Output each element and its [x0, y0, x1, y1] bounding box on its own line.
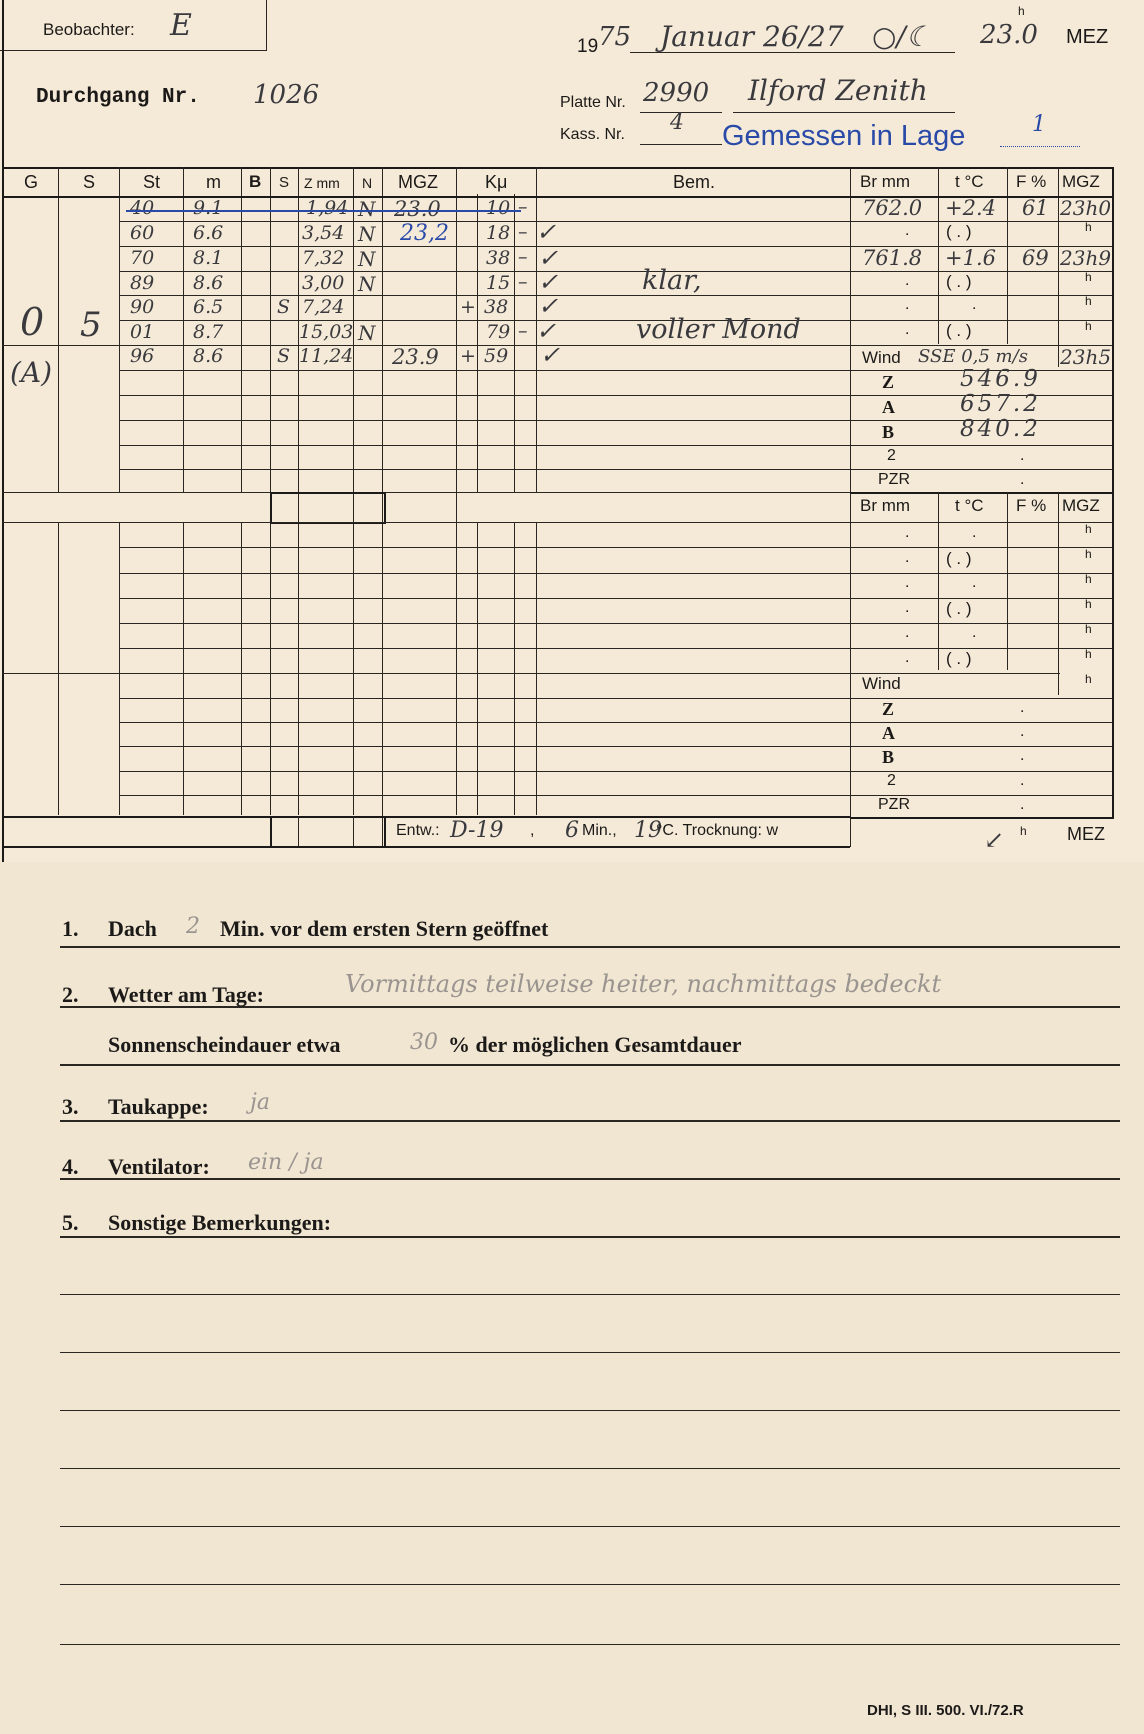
row-line	[119, 271, 850, 272]
table-bottom-rule	[2, 846, 850, 848]
wind-label: Wind	[862, 674, 901, 694]
weather-mgz[interactable]: 23h0	[1060, 196, 1111, 220]
question-1: 1. Dach 2 Min. vor dem ersten Stern geöf…	[60, 902, 1120, 948]
weather-br: .	[905, 222, 909, 240]
cell-dash: –	[518, 246, 528, 268]
weather-mgz: h	[1085, 647, 1092, 661]
roof-minutes-value[interactable]: 2	[186, 914, 200, 939]
cell-z: 3,00	[302, 272, 344, 294]
question-3: 3. Taukappe: ja	[60, 1076, 1120, 1122]
group-g-value[interactable]: 0	[20, 300, 44, 344]
humidity-header: F %	[1016, 172, 1046, 192]
cell-k: 15	[486, 272, 510, 294]
row-line	[119, 698, 850, 699]
weather-mgz: h	[1085, 572, 1092, 586]
weather-br[interactable]: 762.0	[862, 196, 922, 220]
weather-temp: ( . )	[946, 599, 972, 619]
row-line	[119, 648, 850, 649]
question-label-post: % der möglichen Gesamtdauer	[448, 1032, 742, 1058]
cell-st: 90	[130, 296, 154, 318]
cell-k: 59	[484, 345, 508, 367]
cell-k-sign: +	[460, 296, 476, 318]
cell-st: 96	[130, 345, 154, 367]
col-divider	[119, 167, 120, 492]
cassette-value[interactable]: 4	[670, 110, 684, 135]
year-prefix: 19	[577, 36, 598, 58]
check-icon: ✓	[540, 341, 560, 369]
cell-m: 6.6	[193, 222, 223, 244]
wind-mgz[interactable]: 23h5	[1060, 345, 1111, 369]
col-divider	[938, 492, 939, 670]
question-5: 5. Sonstige Bemerkungen:	[60, 1192, 1120, 1238]
col-divider	[241, 167, 242, 492]
weather-br: .	[905, 599, 909, 617]
remarks-line[interactable]	[60, 1352, 1120, 1353]
arrow-icon: ↙	[984, 826, 1004, 854]
col-header-b: B	[249, 172, 261, 192]
row-line	[119, 221, 850, 222]
reading-label-a: A	[882, 723, 895, 744]
reading-value-a[interactable]: 657.2	[960, 391, 1041, 417]
question-label: Wetter am Tage:	[108, 982, 264, 1008]
col-divider	[514, 194, 515, 492]
developer-value[interactable]: D-19	[450, 818, 503, 843]
cell-k: 10	[486, 197, 510, 219]
weather-mgz[interactable]: 23h9	[1060, 246, 1111, 270]
col-header-zmm: Z mm	[304, 175, 340, 191]
row-line	[119, 795, 850, 796]
row-line	[119, 573, 850, 574]
minutes-label: Min.,	[582, 822, 617, 840]
cell-k: 79	[486, 321, 510, 343]
question-number: 5.	[62, 1210, 79, 1236]
cell-k: 18	[486, 222, 510, 244]
col-divider	[353, 167, 354, 815]
end-timezone: MEZ	[1067, 824, 1105, 845]
cell-n: N	[358, 197, 376, 221]
cell-mgz: 23.9	[392, 345, 439, 369]
weather-br: .	[905, 524, 909, 542]
cell-n: N	[358, 321, 376, 345]
reading-value-2: .	[1020, 772, 1024, 790]
timezone-label: MEZ	[1066, 26, 1108, 49]
weather-humidity[interactable]: 61	[1022, 196, 1049, 220]
humidity-header: F %	[1016, 496, 1046, 516]
stamp-underline	[1000, 146, 1080, 147]
reading-label-2: 2	[887, 447, 896, 465]
observer-label: Beobachter:	[43, 20, 135, 40]
col-divider	[58, 522, 59, 815]
cell-mgz: 23,2	[400, 221, 449, 246]
weather-br: .	[905, 296, 909, 314]
cell-z: 15,03	[299, 321, 353, 343]
question-label-post: Min. vor dem ersten Stern geöffnet	[220, 916, 548, 942]
remarks-line[interactable]	[60, 1526, 1120, 1527]
col-divider	[58, 167, 59, 492]
reading-label-z: Z	[882, 372, 894, 393]
question-2: 2. Wetter am Tage: Vormittags teilweise …	[60, 962, 1120, 1008]
year-suffix[interactable]: 75	[598, 22, 631, 52]
observer-value[interactable]: E	[170, 8, 192, 43]
remark-line-2[interactable]: voller Mond	[636, 314, 801, 345]
weather-br: .	[905, 272, 909, 290]
remarks-line[interactable]	[60, 1468, 1120, 1469]
row-line	[119, 722, 850, 723]
question-number: 4.	[62, 1154, 79, 1180]
time-unit: h	[1018, 4, 1025, 18]
cell-m: 8.6	[193, 345, 223, 367]
cell-z: 7,24	[302, 296, 344, 318]
transit-value[interactable]: 1026	[253, 80, 319, 110]
col-divider	[353, 816, 354, 846]
cell-dash: –	[518, 221, 528, 243]
date-value[interactable]: Januar 26/27	[660, 20, 844, 53]
col-divider	[477, 194, 478, 492]
dew-cap-value[interactable]: ja	[250, 1090, 270, 1115]
cassette-underline	[640, 144, 722, 145]
weather-temp: ( . )	[946, 649, 972, 669]
remarks-line[interactable]	[60, 1584, 1120, 1585]
col-divider	[183, 167, 184, 492]
br-header: Br mm	[860, 496, 910, 516]
cell-s: S	[277, 296, 290, 318]
weather-temp: ( . )	[946, 272, 972, 292]
col-divider	[1007, 167, 1008, 344]
cell-k: 38	[484, 296, 508, 318]
cell-z: 3,54	[302, 222, 344, 244]
plate-value[interactable]: 2990	[643, 78, 709, 108]
col-divider	[456, 167, 457, 815]
development-minutes[interactable]: 6	[565, 818, 579, 843]
reading-value-z[interactable]: 546.9	[960, 366, 1041, 392]
remark-line-1[interactable]: klar,	[642, 265, 702, 296]
sunshine-percent-value[interactable]: 30	[410, 1030, 438, 1055]
mgz-header: MGZ	[1062, 496, 1100, 516]
temp-header: t °C	[955, 172, 984, 192]
br-header: Br mm	[860, 172, 910, 192]
cell-z: 1,94	[306, 197, 348, 219]
footer-box	[270, 816, 386, 846]
col-header-kmu: Kμ	[485, 172, 507, 193]
strikethrough-line	[126, 210, 521, 212]
weather-mgz: h	[1085, 270, 1092, 284]
cell-dash: –	[518, 320, 528, 342]
end-time-unit: h	[1020, 824, 1027, 838]
separator-box	[270, 492, 386, 524]
weekday-symbol[interactable]: ○/☾	[872, 20, 931, 53]
weather-br: .	[905, 549, 909, 567]
reading-value-b[interactable]: 840.2	[960, 416, 1041, 442]
reading-value-pzr: .	[1020, 796, 1024, 814]
time-value[interactable]: 23.0	[980, 20, 1038, 50]
row-line	[119, 246, 850, 247]
weather-mgz: h	[1085, 294, 1092, 308]
group-s-value[interactable]: 5	[80, 305, 102, 345]
row-line	[119, 469, 850, 470]
weather-temp: ( . )	[946, 549, 972, 569]
cell-st: 70	[130, 247, 154, 269]
row-line	[119, 547, 850, 548]
remarks-line[interactable]	[60, 1410, 1120, 1411]
weather-temp: .	[972, 624, 976, 642]
footer-rule	[2, 816, 850, 818]
cell-m: 8.1	[193, 247, 223, 269]
row-line	[119, 445, 850, 446]
weather-br: .	[905, 624, 909, 642]
cell-m: 8.6	[193, 272, 223, 294]
weather-br: .	[905, 321, 909, 339]
cell-k: 38	[486, 247, 510, 269]
transit-label: Durchgang Nr.	[36, 86, 200, 109]
cell-z: 11,24	[299, 345, 353, 367]
weather-mgz: h	[1085, 522, 1092, 536]
cell-n: N	[358, 222, 376, 246]
row-line	[119, 771, 850, 772]
reading-value-pzr: .	[1020, 471, 1024, 489]
cassette-label: Kass. Nr.	[560, 126, 625, 144]
question-label: Sonstige Bemerkungen:	[108, 1210, 331, 1236]
cell-m: 9.1	[193, 197, 223, 219]
plate-type[interactable]: Ilford Zenith	[748, 74, 928, 107]
cell-dash: –	[518, 196, 528, 218]
row-line	[119, 395, 850, 396]
question-number: 1.	[62, 916, 79, 942]
question-label: Taukappe:	[108, 1094, 209, 1120]
reading-label-b: B	[882, 747, 894, 768]
reading-value-a: .	[1020, 723, 1024, 741]
reading-value-2: .	[1020, 447, 1024, 465]
plate-type-underline	[733, 112, 955, 113]
form-code: DHI, S III. 500. VI./72.R	[867, 1702, 1024, 1719]
col-header-bem: Bem.	[673, 172, 715, 193]
group-separator	[2, 492, 850, 493]
stamp-value[interactable]: 1	[1032, 112, 1046, 137]
row-line	[119, 370, 850, 371]
weather-br: .	[905, 649, 909, 667]
col-divider	[298, 816, 299, 846]
col-divider	[1007, 492, 1008, 670]
row-line	[119, 420, 850, 421]
wind-value[interactable]: SSE 0,5 m/s	[918, 346, 1028, 367]
check-icon: ✓	[538, 292, 558, 320]
weather-mgz: h	[1085, 597, 1092, 611]
reading-label-pzr: PZR	[878, 796, 910, 814]
reading-value-z: .	[1020, 699, 1024, 717]
weather-mgz: h	[1085, 622, 1092, 636]
reading-label-2: 2	[887, 772, 896, 790]
ventilator-value[interactable]: ein / ja	[248, 1150, 324, 1175]
col-divider	[298, 167, 299, 815]
col-header-g: G	[24, 172, 38, 193]
group-g-note[interactable]: (A)	[10, 356, 52, 389]
row-line	[2, 673, 850, 674]
weather-mgz: h	[1085, 220, 1092, 234]
plate-label: Platte Nr.	[560, 94, 626, 112]
weather-temp[interactable]: +2.4	[945, 196, 996, 220]
weather-temp: ( . )	[946, 222, 972, 242]
cell-st: 01	[130, 321, 154, 343]
check-icon: ✓	[536, 218, 556, 246]
remarks-line[interactable]	[60, 1294, 1120, 1295]
reading-label-a: A	[882, 397, 895, 418]
row-line	[119, 598, 850, 599]
question-number: 3.	[62, 1094, 79, 1120]
row-line	[119, 623, 850, 624]
col-header-m: m	[206, 172, 221, 193]
weather-temp: .	[972, 296, 976, 314]
stamp-label: Gemessen in Lage	[722, 120, 965, 153]
weather-humidity[interactable]: 69	[1022, 246, 1049, 270]
cell-n: N	[358, 247, 376, 271]
reading-label-b: B	[882, 422, 894, 443]
cell-k-sign: +	[460, 345, 476, 367]
question-4: 4. Ventilator: ein / ja	[60, 1134, 1120, 1180]
reading-label-z: Z	[882, 699, 894, 720]
cell-m: 6.5	[193, 296, 223, 318]
weather-temp: .	[972, 574, 976, 592]
question-number: 2.	[62, 982, 79, 1008]
development-label: Entw.:	[396, 822, 440, 840]
drying-label: °C. Trocknung: w	[656, 822, 778, 840]
col-header-mgz: MGZ	[398, 172, 438, 193]
col-header-n: N	[362, 175, 372, 191]
reading-value-b: .	[1020, 747, 1024, 765]
cell-n: N	[358, 272, 376, 296]
weather-br: .	[905, 574, 909, 592]
reading-label-pzr: PZR	[878, 471, 910, 489]
weather-mgz: h	[1085, 547, 1092, 561]
temp-header: t °C	[955, 496, 984, 516]
question-label: Sonnenscheindauer etwa	[108, 1032, 340, 1058]
row-line	[119, 746, 850, 747]
cell-mgz: 23.0	[394, 197, 441, 221]
col-header-s2: S	[279, 174, 289, 191]
cell-st: 89	[130, 272, 154, 294]
weather-temp: ( . )	[946, 321, 972, 341]
group-separator	[2, 522, 850, 523]
weather-br[interactable]: 761.8	[862, 246, 922, 270]
question-label: Dach	[108, 916, 157, 942]
wind-mgz: h	[1085, 672, 1092, 686]
cell-dash: –	[518, 271, 528, 293]
question-2b: Sonnenscheindauer etwa 30 % der mögliche…	[60, 1020, 1120, 1066]
cell-st: 40	[130, 197, 154, 219]
col-header-s: S	[83, 172, 95, 193]
col-header-st: St	[143, 172, 160, 193]
question-label: Ventilator:	[108, 1154, 210, 1180]
wind-label: Wind	[862, 348, 901, 368]
remarks-line[interactable]	[60, 1644, 1120, 1645]
cell-s: S	[277, 345, 290, 367]
cell-m: 8.7	[193, 321, 223, 343]
weather-mgz: h	[1085, 319, 1092, 333]
daytime-weather-value[interactable]: Vormittags teilweise heiter, nachmittags…	[345, 970, 941, 998]
cell-st: 60	[130, 222, 154, 244]
weather-temp[interactable]: +1.6	[945, 246, 996, 270]
col-divider	[270, 167, 271, 815]
col-divider	[938, 167, 939, 344]
weather-temp: .	[972, 524, 976, 542]
mgz-header: MGZ	[1062, 172, 1100, 192]
cell-z: 7,32	[302, 247, 344, 269]
